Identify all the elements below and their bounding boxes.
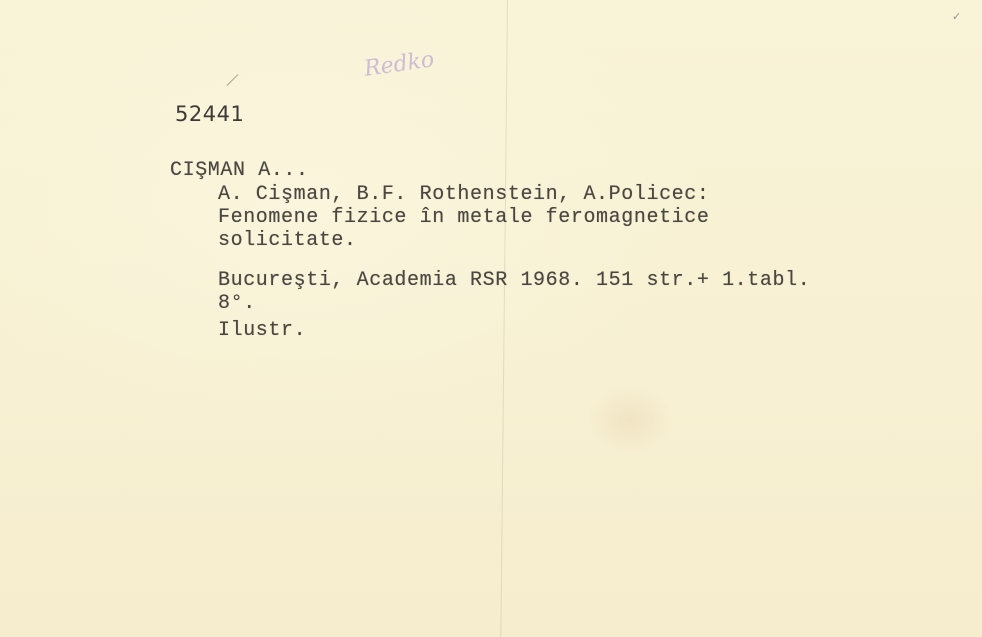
authors-line: A. Cişman, B.F. Rothenstein, A.Policec: <box>218 184 709 206</box>
handwritten-note: Redko <box>363 47 436 82</box>
format-line: 8°. <box>218 293 256 315</box>
accession-number: 52441 <box>175 102 244 126</box>
paper-crease <box>500 0 508 637</box>
title-line-1: Fenomene fizice în metale feromagnetice <box>218 207 709 229</box>
imprint-line: Bucureşti, Academia RSR 1968. 151 str.+ … <box>218 270 810 292</box>
check-mark-icon: ✓ <box>952 10 961 23</box>
catalog-card: Redko ✓ 52441 CIŞMAN A... A. Cişman, B.F… <box>0 0 982 637</box>
pencil-mark <box>226 74 238 86</box>
author-heading: CIŞMAN A... <box>170 160 309 182</box>
title-line-2: solicitate. <box>218 230 357 252</box>
illustrations-line: Ilustr. <box>218 320 306 342</box>
